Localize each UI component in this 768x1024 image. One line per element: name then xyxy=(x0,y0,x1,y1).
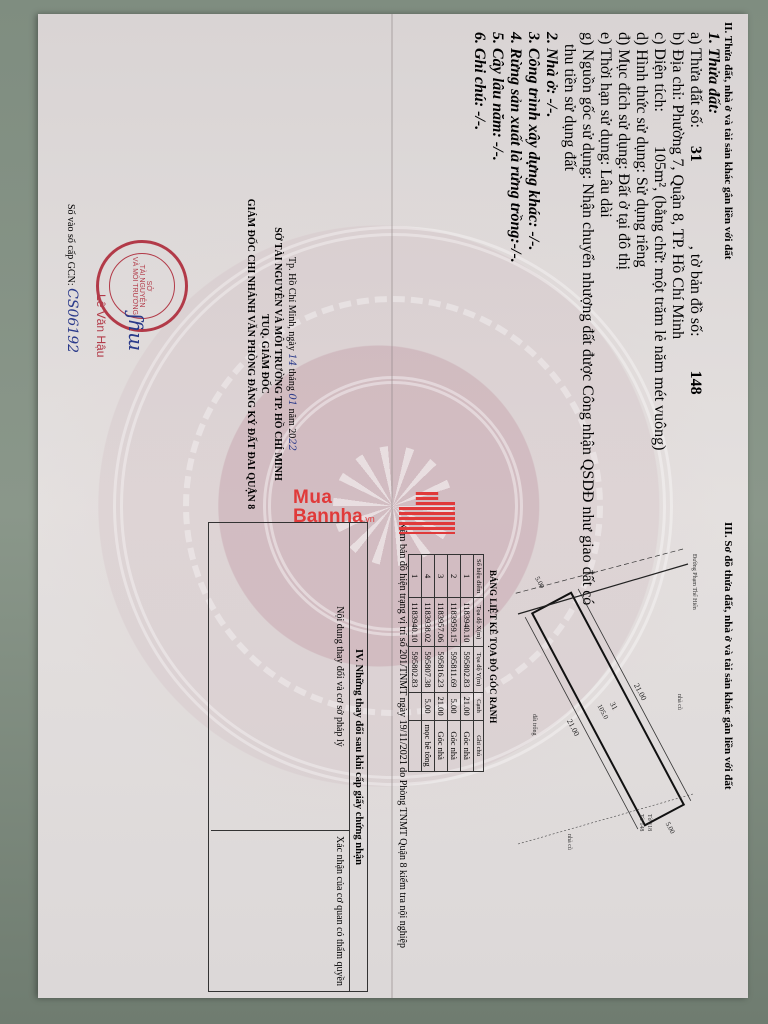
coords-cell-y: 595807.38 xyxy=(422,647,435,692)
parcel-label: a) Thửa đất số: xyxy=(687,32,704,128)
coords-row: 31183957.06595816.2321.00Góc nhà xyxy=(435,555,448,772)
date-day: 14 xyxy=(286,353,297,366)
muabannha-watermark-logo: Mua Bannha.vn xyxy=(293,488,463,540)
notes-item: 6. Ghi chú: -/-. xyxy=(470,22,488,502)
usage-form: d) Hình thức sử dụng: Sử dụng riêng xyxy=(632,22,650,502)
parcel-number: 31 xyxy=(687,146,704,162)
role-line1: TUQ. GIÁM ĐỐC xyxy=(259,314,270,394)
diagram-parcel-no: 31 xyxy=(608,700,620,711)
usage-term: e) Thời hạn sử dụng: Lâu dài xyxy=(596,22,614,502)
coords-cell-point: 4 xyxy=(422,555,435,598)
coords-header-edge: Cạnh xyxy=(474,692,484,720)
signature-scribble: ʃɦɯ xyxy=(124,314,148,351)
coords-cell-y: 595802.83 xyxy=(461,647,474,692)
place-date: Tp. Hồ Chí Minh, ngày 14 tháng 01 năm 20… xyxy=(285,194,299,514)
diagram-area: 105.0 xyxy=(595,703,610,721)
coords-header-note: Ghi chú xyxy=(474,720,484,771)
road-label: Đường Phạm Thế Hiển xyxy=(691,554,698,610)
forest-item: 4. Rừng sản xuất là rừng trồng:-/-. xyxy=(506,22,524,502)
coords-header-y: Tọa độ Y(m) xyxy=(474,647,484,692)
coords-cell-x: 1183940.10 xyxy=(409,598,422,647)
section-iv-title: IV. Những thay đổi sau khi cấp giấy chứn… xyxy=(349,523,367,991)
coords-cell-x: 1183938.02 xyxy=(422,598,435,647)
edge-long-bottom: 21.00 xyxy=(565,717,581,737)
area-row: c) Diện tích: 105m², (bằng chữ: một trăm… xyxy=(650,22,668,502)
edge-long-top: 21.00 xyxy=(632,682,648,702)
section-iv-table: IV. Những thay đổi sau khi cấp giấy chứn… xyxy=(208,522,368,992)
coords-cell-edge: 5.00 xyxy=(448,692,461,720)
date-month: 01 xyxy=(286,393,297,406)
house-item: 2. Nhà ở: -/-. xyxy=(542,22,560,502)
usage-purpose: đ) Mục đích sử dụng: Đất ở tại đô thị xyxy=(614,22,632,502)
parcel-diagram: 21.00 21.00 31 105.0 5.00 5.00 Tờ 118 Tờ… xyxy=(508,544,708,874)
perennial-item: 5. Cây lâu năm: -/-. xyxy=(488,22,506,502)
agency-name: SỞ TÀI NGUYÊN VÀ MÔI TRƯỜNG TP. HỒ CHÍ M… xyxy=(273,227,284,481)
neighbor-label-1: nhà cũ xyxy=(566,834,572,850)
section-iii-title: III. Sơ đồ thửa đất, nhà ở và tài sản kh… xyxy=(722,522,734,790)
neighbor-label-2: nhà cũ xyxy=(676,694,682,710)
section-ii-title: II. Thửa đất, nhà ở và tài sản khác gắn … xyxy=(722,22,734,502)
coords-row: 41183938.02595807.385.00mọc bê tông xyxy=(422,555,435,772)
registry-label: Số vào sổ cấp GCN: xyxy=(65,204,76,286)
coords-cell-x: 1183957.06 xyxy=(435,598,448,647)
registry-number: Số vào sổ cấp GCN: CS06192 xyxy=(64,204,80,353)
coords-table: Số hiệu điểm Tọa độ X(m) Tọa độ Y(m) Cạn… xyxy=(408,554,484,772)
coords-cell-edge: 5.00 xyxy=(422,692,435,720)
coords-cell-note: Góc nhà xyxy=(448,720,461,771)
signature-block: Tp. Hồ Chí Minh, ngày 14 tháng 01 năm 20… xyxy=(244,194,298,514)
map-sheet-number: 148 xyxy=(687,371,704,395)
coords-header-x: Tọa độ X(m) xyxy=(474,598,484,647)
sheet-label-148: Tờ 148 xyxy=(638,814,644,831)
coords-cell-point: 3 xyxy=(435,555,448,598)
usage-origin-cont: thu tiền sử dụng đất xyxy=(560,22,578,502)
coords-cell-y: 595802.83 xyxy=(409,647,422,692)
other-works-item: 3. Công trình xây dựng khác: -/-. xyxy=(524,22,542,502)
map-sheet-label: , tờ bản đồ số: xyxy=(687,246,704,337)
coords-cell-x: 1183959.15 xyxy=(448,598,461,647)
coords-table-title: BẢNG LIỆT KÊ TỌA ĐỘ GÓC RANH xyxy=(488,570,498,723)
edge-short: 5.00 xyxy=(664,821,677,836)
coords-cell-point: 2 xyxy=(448,555,461,598)
coords-cell-edge: 21.00 xyxy=(435,692,448,720)
signer-name: Lê Văn Hậu xyxy=(94,294,108,357)
coords-cell-x: 1183940.10 xyxy=(461,598,474,647)
land-heading: 1. Thửa đất: xyxy=(704,22,722,502)
parcel-row: a) Thửa đất số: 31 , tờ bản đồ số: 148 xyxy=(686,22,704,502)
coords-cell-edge: 21.00 xyxy=(461,692,474,720)
attached-map-note: Kèm bản đồ hiện trạng vị trí số 201/TNMT… xyxy=(397,522,408,982)
coords-cell-note xyxy=(409,720,422,771)
registry-value: CS06192 xyxy=(64,288,80,353)
coords-cell-note: Góc nhà xyxy=(435,720,448,771)
coords-cell-y: 595811.69 xyxy=(448,647,461,692)
address: b) Địa chỉ: Phường 7, Quận 8, TP. Hồ Chí… xyxy=(668,22,686,502)
coords-row: 11183940.10595802.83 xyxy=(409,555,422,772)
coords-cell-point: 1 xyxy=(409,555,422,598)
date-year: 22 xyxy=(286,438,297,451)
coords-cell-note: Góc nhà xyxy=(461,720,474,771)
coords-row: 21183959.15595811.695.00Góc nhà xyxy=(448,555,461,772)
coords-cell-edge xyxy=(409,692,422,720)
coords-row: 11183940.10595802.8321.00Góc nhà xyxy=(461,555,474,772)
area-label: c) Diện tích: xyxy=(651,32,668,112)
authority-confirmation-column: Xác nhận của cơ quan có thẩm quyền xyxy=(211,831,349,991)
coords-cell-note: mọc bê tông xyxy=(422,720,435,771)
role-line2: GIÁM ĐỐC CHI NHÁNH VĂN PHÒNG ĐĂNG KÝ ĐẤT… xyxy=(246,199,257,509)
sheet-label-118: Tờ 118 xyxy=(646,814,652,831)
changes-content-column: Nội dung thay đổi và cơ sở pháp lý xyxy=(211,523,349,831)
coords-cell-y: 595816.23 xyxy=(435,647,448,692)
coords-cell-point: 1 xyxy=(461,555,474,598)
area-value: 105m², (bằng chữ: một trăm lẻ năm mét vu… xyxy=(651,146,668,451)
neighbor-label-3: đất trống xyxy=(531,714,538,736)
section-ii: II. Thửa đất, nhà ở và tài sản khác gắn … xyxy=(470,22,734,502)
usage-origin: g) Nguồn gốc sử dụng: Nhận chuyển nhượng… xyxy=(578,22,596,502)
coords-header-point: Số hiệu điểm xyxy=(474,555,484,598)
